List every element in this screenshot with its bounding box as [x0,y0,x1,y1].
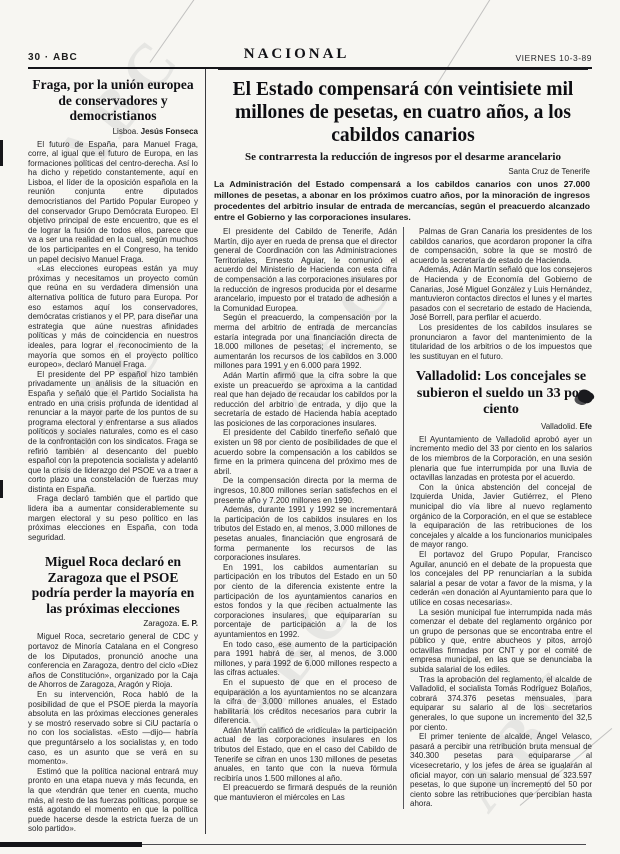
page-number-label: 30 · [28,52,49,63]
article-paragraph: El presidente del PP español hizo tambié… [28,370,198,495]
article-headline: Fraga, por la unión europea de conservad… [28,77,198,124]
scan-bottom-bar [0,842,142,847]
article-paragraph: Además, Adán Martín señaló que los conse… [410,265,592,323]
page-content: Fraga, por la unión europea de conservad… [28,69,592,834]
article-paragraph: El preacuerdo se firmará después de la r… [214,783,397,802]
main-section: El Estado compensará con veintisiete mil… [205,69,592,834]
byline-city: Lisboa. [113,127,139,136]
article-paragraph: «Las elecciones europeas están ya muy pr… [28,264,198,370]
section-title: NACIONAL [244,46,350,63]
article-paragraph: Según el preacuerdo, la compensación por… [214,313,397,371]
article-paragraph: El Ayuntamiento de Valladolid aprobó aye… [410,435,592,483]
page-number: 30 · ABC [28,52,78,63]
scan-edge-mark [0,140,3,166]
article-paragraph: En 1991, los cabildos aumentarían su par… [214,563,397,640]
byline-city: Zaragoza. [143,619,179,628]
dateline: Santa Cruz de Tenerife [214,167,590,176]
article-paragraph: El presidente del Cabildo de Tenerife, A… [214,227,397,313]
article-paragraph: Adán Martín calificó de «ridícula» la pa… [214,726,397,784]
article-paragraph: Con la única abstención del concejal de … [410,483,592,550]
article-paragraph: Además, durante 1991 y 1992 se increment… [214,505,397,563]
article-paragraph: El portavoz del Grupo Popular, Francisco… [410,550,592,608]
left-column: Fraga, por la unión europea de conservad… [28,69,205,834]
issue-date: VIERNES 10-3-89 [516,53,592,63]
byline: Zaragoza. E. P. [28,619,198,628]
byline-city: Valladolid. [541,422,577,431]
article-paragraph: En su intervención, Roca habló de la pos… [28,690,198,767]
scan-edge-mark [0,480,3,498]
article-paragraph: En el supuesto de que en el proceso de e… [214,678,397,726]
brand-logo: ABC [53,52,78,63]
article-paragraph: La sesión municipal fue interrumpida nad… [410,608,592,675]
article-paragraph: El futuro de España, para Manuel Fraga, … [28,140,198,265]
article-paragraph: Tras la aprobación del reglamento, el al… [410,675,592,733]
article-paragraph: Estimó que la política nacional entrará … [28,767,198,834]
article-headline: Miguel Roca declaró en Zaragoza que el P… [28,554,198,616]
article-paragraph: Palmas de Gran Canaria los presidentes d… [410,227,592,265]
article-paragraph: Los presidentes de los cabildos insulare… [410,323,592,361]
article-roca: Miguel Roca declaró en Zaragoza que el P… [28,554,198,833]
article-paragraph: Adán Martín afirmó que la cifra sobre la… [214,371,397,429]
main-columns: El presidente del Cabildo de Tenerife, A… [214,227,592,809]
article-fraga: Fraga, por la unión europea de conservad… [28,77,198,542]
byline-author: Jesús Fonseca [141,127,198,136]
article-paragraph: Miguel Roca, secretario general de CDC y… [28,632,198,690]
article-headline: Valladolid: Los concejales se subieron e… [410,369,592,419]
article-valladolid: Valladolid: Los concejales se subieron e… [410,369,592,809]
scan-bottom-rule [142,844,586,845]
article-paragraph: El presidente del Cabildo tinerfeño seña… [214,428,397,476]
main-headline: El Estado compensará con veintisiete mil… [218,69,588,147]
byline: Lisboa. Jesús Fonseca [28,127,198,136]
main-column-2: Palmas de Gran Canaria los presidentes d… [403,227,592,809]
byline: Valladolid. Efe [410,422,592,431]
article-paragraph: Fraga declaró también que el partido que… [28,494,198,542]
main-subhead: Se contrarresta la reducción de ingresos… [214,151,592,163]
article-paragraph: En todo caso, ese aumento de la particip… [214,640,397,678]
newspaper-page: ABC ABC ABC ABC ABC 30 · ABC NACIONAL VI… [0,0,620,854]
lead-paragraph: La Administración del Estado compensará … [214,179,590,223]
byline-author: Efe [580,422,592,431]
article-paragraph: De la compensación directa por la merma … [214,476,397,505]
article-paragraph: El primer teniente de alcalde, Ángel Vel… [410,732,592,809]
main-column-1: El presidente del Cabildo de Tenerife, A… [214,227,403,809]
masthead: 30 · ABC NACIONAL VIERNES 10-3-89 [28,46,592,69]
byline-author: E. P. [182,619,198,628]
